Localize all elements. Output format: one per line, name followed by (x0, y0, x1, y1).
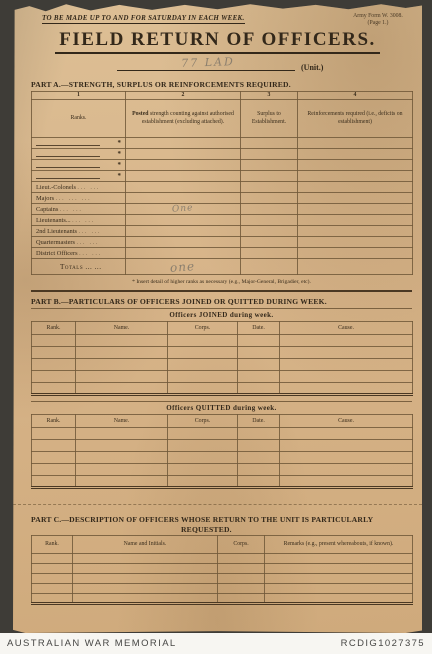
blank-cell (265, 554, 413, 564)
blank-cell (32, 335, 76, 347)
blank-cell (126, 215, 241, 226)
blank-cell (32, 594, 73, 604)
dot-leaders: ... ... ... (56, 197, 92, 202)
blank-cell (238, 335, 280, 347)
col-header-corps: Corps. (168, 415, 238, 428)
blank-cell (76, 464, 168, 476)
blank-cell (298, 182, 413, 193)
blank-cell (126, 138, 241, 149)
blank-cell (280, 464, 413, 476)
unit-handwritten-entry: 77 LAD (133, 53, 283, 71)
totals-row: Totals ... ... one (32, 259, 413, 275)
asterisk-mark: * (118, 161, 124, 169)
blank-row (32, 359, 413, 371)
blank-cell (280, 452, 413, 464)
blank-cell (32, 383, 76, 395)
part-b-heading: PART B.—PARTICULARS OF OFFICERS JOINED O… (31, 297, 327, 306)
blank-cell (241, 204, 298, 215)
blank-cell (298, 226, 413, 237)
blank-cell (218, 564, 265, 574)
handwritten-one-total: one (170, 259, 196, 275)
col-number: 2 (126, 92, 241, 100)
blank-cell (32, 371, 76, 383)
blank-rank-cell: * (32, 149, 126, 160)
part-c-header-row: Rank. Name and Initials. Corps. Remarks … (32, 536, 413, 554)
blank-cell (280, 347, 413, 359)
part-c-heading: PART C.—DESCRIPTION OF OFFICERS WHOSE RE… (31, 515, 409, 535)
rank-text: Majors (36, 195, 54, 202)
blank-cell (241, 182, 298, 193)
blank-rank-row: * (32, 138, 413, 149)
part-a-footnote: * Insert detail of higher ranks as neces… (31, 279, 412, 285)
blank-cell (298, 237, 413, 248)
rank-text: District Officers (36, 250, 78, 257)
col-number: 1 (32, 92, 126, 100)
blank-cell (298, 171, 413, 182)
col-header-reinforcements: Reinforcements required (i.e., deficits … (298, 100, 413, 138)
posted-rest: strength counting against authorised est… (142, 111, 234, 124)
blank-row (32, 347, 413, 359)
blank-cell (168, 359, 238, 371)
blank-cell (238, 347, 280, 359)
blank-cell (168, 476, 238, 488)
blank-rank-cell: * (32, 171, 126, 182)
dot-leaders: ... ... (85, 263, 101, 271)
form-title-text: FIELD RETURN OF OFFICERS. (55, 29, 380, 54)
blank-row (32, 440, 413, 452)
col-header-cause: Cause. (280, 415, 413, 428)
col-header-ranks: Ranks. (32, 100, 126, 138)
dot-leaders: ... ... (60, 208, 83, 213)
blank-cell (76, 452, 168, 464)
rank-label: Lieut.-Colonels ... ... (32, 182, 126, 193)
write-in-line (36, 172, 100, 179)
blank-row (32, 554, 413, 564)
blank-cell (238, 428, 280, 440)
blank-cell (241, 237, 298, 248)
officers-quitted-band: Officers QUITTED during week. (31, 401, 412, 414)
col-header-rank: Rank. (32, 415, 76, 428)
blank-rank-row: * (32, 160, 413, 171)
rank-text: Captains (36, 206, 58, 213)
blank-cell (280, 476, 413, 488)
rank-label: Captains ... ... (32, 204, 126, 215)
blank-cell (76, 428, 168, 440)
blank-cell (265, 574, 413, 584)
rank-text: Quartermasters (36, 239, 75, 246)
blank-cell (126, 237, 241, 248)
blank-cell (241, 193, 298, 204)
totals-label: Totals ... ... (32, 259, 126, 275)
posted-entry-cell: One (126, 204, 241, 215)
rank-label: District Officers ... ... (32, 248, 126, 259)
dot-leaders: ... ... (79, 252, 102, 257)
col-header-surplus: Surplus to Establishment. (241, 100, 298, 138)
rank-text: Lieutenants... (36, 217, 71, 224)
blank-cell (126, 248, 241, 259)
col-header-name: Name. (76, 415, 168, 428)
form-title: FIELD RETURN OF OFFICERS. (13, 29, 422, 54)
blank-cell (73, 554, 218, 564)
blank-row (32, 564, 413, 574)
dot-leaders: ... ... (79, 230, 102, 235)
blank-cell (126, 149, 241, 160)
blank-rank-row: * (32, 171, 413, 182)
col-header-date: Date. (238, 322, 280, 335)
blank-cell (76, 383, 168, 395)
unit-underline (117, 70, 295, 71)
blank-cell (241, 215, 298, 226)
rank-label: Majors ... ... ... (32, 193, 126, 204)
totals-posted-cell: one (126, 259, 241, 275)
col-header-rank: Rank. (32, 536, 73, 554)
joined-header-row: Rank. Name. Corps. Date. Cause. (32, 322, 413, 335)
dot-leaders: ... ... (72, 219, 95, 224)
blank-cell (32, 574, 73, 584)
blank-cell (241, 171, 298, 182)
blank-cell (238, 371, 280, 383)
asterisk-mark: * (118, 139, 124, 147)
write-in-line (36, 150, 100, 157)
blank-cell (298, 248, 413, 259)
blank-cell (168, 371, 238, 383)
blank-cell (126, 182, 241, 193)
viewer-footer-bar: AUSTRALIAN WAR MEMORIAL RCDIG1027375 (0, 633, 432, 654)
blank-cell (76, 371, 168, 383)
blank-cell (73, 574, 218, 584)
blank-cell (218, 594, 265, 604)
blank-cell (32, 564, 73, 574)
blank-cell (298, 160, 413, 171)
blank-rank-cell: * (32, 138, 126, 149)
rank-label: Quartermasters ... ... (32, 237, 126, 248)
rank-row: Lieut.-Colonels ... ... (32, 182, 413, 193)
col-header-posted: Posted strength counting against authori… (126, 100, 241, 138)
handwritten-one: One (172, 204, 194, 215)
col-header-cause: Cause. (280, 322, 413, 335)
blank-cell (238, 476, 280, 488)
col-header-remarks: Remarks (e.g., present whereabouts, if k… (265, 536, 413, 554)
rank-row: 2nd Lieutenants ... ... (32, 226, 413, 237)
blank-cell (265, 584, 413, 594)
blank-cell (32, 554, 73, 564)
blank-cell (168, 335, 238, 347)
blank-cell (168, 428, 238, 440)
blank-cell (218, 584, 265, 594)
blank-cell (168, 464, 238, 476)
column-number-row: 1 2 3 4 (32, 92, 413, 100)
blank-cell (76, 347, 168, 359)
blank-cell (32, 359, 76, 371)
blank-cell (218, 574, 265, 584)
totals-text: Totals (60, 263, 83, 271)
rank-row: Quartermasters ... ... (32, 237, 413, 248)
top-instruction-note: TO BE MADE UP TO AND FOR SATURDAY IN EAC… (42, 14, 245, 24)
col-header-name: Name. (76, 322, 168, 335)
col-header-name-initials: Name and Initials. (73, 536, 218, 554)
quitted-header-row: Rank. Name. Corps. Date. Cause. (32, 415, 413, 428)
blank-rank-row: * (32, 149, 413, 160)
unit-line: 77 LAD (Unit.) (13, 56, 422, 74)
col-header-corps: Corps. (168, 322, 238, 335)
officers-joined-band: Officers JOINED during week. (31, 308, 412, 321)
blank-cell (241, 226, 298, 237)
blank-cell (265, 594, 413, 604)
blank-row (32, 594, 413, 604)
blank-cell (32, 428, 76, 440)
blank-rank-cell: * (32, 160, 126, 171)
blank-cell (218, 554, 265, 564)
rank-text: Lieut.-Colonels (36, 184, 76, 191)
blank-row (32, 464, 413, 476)
unit-label: (Unit.) (301, 63, 323, 72)
blank-cell (298, 215, 413, 226)
blank-row (32, 584, 413, 594)
rank-row: Lieutenants... ... ... (32, 215, 413, 226)
rank-label: 2nd Lieutenants ... ... (32, 226, 126, 237)
part-a-heading: PART A.—STRENGTH, SURPLUS OR REINFORCEME… (31, 80, 291, 89)
blank-cell (168, 440, 238, 452)
blank-cell (76, 335, 168, 347)
blank-cell (32, 584, 73, 594)
blank-cell (73, 564, 218, 574)
blank-cell (238, 440, 280, 452)
blank-cell (241, 160, 298, 171)
posted-bold: Posted (132, 111, 148, 117)
institution-name: AUSTRALIAN WAR MEMORIAL (7, 638, 177, 649)
blank-cell (168, 383, 238, 395)
blank-cell (280, 335, 413, 347)
blank-row (32, 452, 413, 464)
army-form-reference: Army Form W. 3008. (Page 1.) (343, 13, 413, 27)
blank-cell (73, 594, 218, 604)
rank-row: Captains ... ... One (32, 204, 413, 215)
blank-cell (76, 440, 168, 452)
rank-label: Lieutenants... ... ... (32, 215, 126, 226)
blank-cell (32, 464, 76, 476)
blank-cell (238, 359, 280, 371)
blank-row (32, 428, 413, 440)
officers-joined-table: Rank. Name. Corps. Date. Cause. (31, 321, 413, 396)
blank-cell (241, 259, 298, 275)
part-a-header-row: Ranks. Posted strength counting against … (32, 100, 413, 138)
blank-cell (32, 452, 76, 464)
blank-cell (238, 464, 280, 476)
write-in-line (36, 161, 100, 168)
dot-leaders: ... ... (77, 241, 100, 246)
col-number: 3 (241, 92, 298, 100)
part-a-table: 1 2 3 4 Ranks. Posted strength counting … (31, 91, 413, 275)
blank-cell (126, 171, 241, 182)
blank-cell (265, 564, 413, 574)
col-header-rank: Rank. (32, 322, 76, 335)
blank-cell (76, 476, 168, 488)
blank-cell (241, 138, 298, 149)
blank-cell (238, 452, 280, 464)
blank-cell (241, 149, 298, 160)
blank-cell (32, 347, 76, 359)
rank-row: Majors ... ... ... (32, 193, 413, 204)
scanned-form-page: TO BE MADE UP TO AND FOR SATURDAY IN EAC… (13, 3, 422, 633)
reference-id: RCDIG1027375 (341, 638, 425, 649)
blank-row (32, 574, 413, 584)
blank-cell (32, 476, 76, 488)
rank-text: 2nd Lieutenants (36, 228, 77, 235)
blank-cell (238, 383, 280, 395)
blank-row (32, 383, 413, 395)
blank-row (32, 335, 413, 347)
perforation-dashed-line (13, 504, 422, 505)
officers-quitted-table: Rank. Name. Corps. Date. Cause. (31, 414, 413, 489)
blank-cell (298, 193, 413, 204)
blank-cell (280, 371, 413, 383)
blank-cell (298, 149, 413, 160)
blank-cell (298, 259, 413, 275)
blank-cell (126, 193, 241, 204)
blank-cell (280, 428, 413, 440)
form-ref-page: (Page 1.) (343, 20, 413, 27)
part-c-table: Rank. Name and Initials. Corps. Remarks … (31, 535, 413, 605)
blank-cell (76, 359, 168, 371)
blank-row (32, 371, 413, 383)
asterisk-mark: * (118, 172, 124, 180)
dot-leaders: ... ... (78, 186, 101, 191)
col-number: 4 (298, 92, 413, 100)
blank-cell (280, 440, 413, 452)
blank-cell (126, 160, 241, 171)
blank-cell (73, 584, 218, 594)
asterisk-mark: * (118, 150, 124, 158)
blank-cell (280, 359, 413, 371)
blank-cell (298, 204, 413, 215)
blank-cell (168, 347, 238, 359)
blank-cell (280, 383, 413, 395)
col-header-date: Date. (238, 415, 280, 428)
section-divider-rule (31, 290, 412, 292)
blank-row (32, 476, 413, 488)
rank-row: District Officers ... ... (32, 248, 413, 259)
blank-cell (32, 440, 76, 452)
write-in-line (36, 139, 100, 146)
blank-cell (241, 248, 298, 259)
blank-cell (168, 452, 238, 464)
blank-cell (298, 138, 413, 149)
col-header-corps: Corps. (218, 536, 265, 554)
blank-cell (126, 226, 241, 237)
